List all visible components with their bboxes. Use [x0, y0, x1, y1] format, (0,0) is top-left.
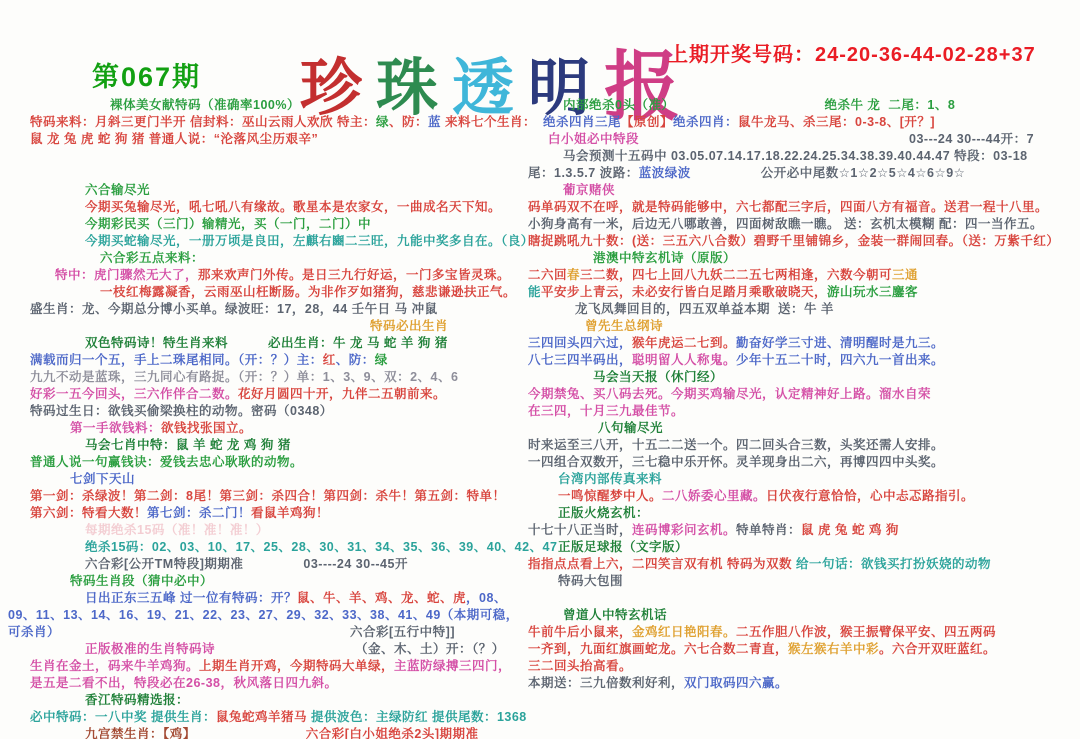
text-line: 九宫禁生肖：【鸡】六合彩[白小姐绝杀2头]期期准 — [8, 726, 528, 739]
text-segment: 绝杀四肖三尾 — [543, 115, 621, 129]
text-segment: 三二回头抬高看。 — [528, 659, 632, 673]
text-line: 在三四，十月三九最佳节。 — [528, 403, 1080, 420]
text-segment: 普通人说一句赢钱诀：爱钱去忠心耿耿的动物。 — [30, 455, 303, 469]
last-draw-numbers: 上期开奖号码：24-20-36-44-02-28+37 — [668, 38, 1036, 67]
text-segment: 裸体美女献特码（准确率100%） — [110, 98, 300, 112]
text-segment: 未必安行皆白足踏月乘歌破晓天， — [632, 285, 827, 299]
text-segment: 猴左猴右羊中彩 — [788, 642, 879, 656]
text-line: 马会七肖中特：鼠 羊 蛇 龙 鸡 狗 猪 — [8, 437, 528, 454]
text-line: 六合彩五点来料： — [8, 250, 528, 267]
text-segment: 那来欢声门外传。是日三九行好运，一门多宝皆灵珠。 — [198, 268, 510, 282]
text-segment: 一枝红梅露凝香，云雨巫山枉断肠。为非作歹如猪狗，慈悲谦逊扶正气。 — [100, 285, 516, 299]
text-line: 双色特码诗！特生肖来料必出生肖：牛 龙 马 蛇 羊 狗 猪 — [8, 335, 528, 352]
text-line: 一四组合双数开，三七稳中乐开怀。灵羊现身出二六，再博四四中头奖。 — [528, 454, 1080, 471]
text-segment: 鼠 龙 兔 虎 蛇 狗 猪 普通人说：“沦落风尘历艰辛” — [30, 132, 318, 146]
text-segment: 好彩一五今回头，三六作伴合二数。 — [30, 387, 238, 401]
text-segment: 八七三四半码出， — [528, 353, 632, 367]
text-line: 九九不动是蓝珠，三九同心有路捉。（开：？）单：1、3、9、双：2、4、6 — [8, 369, 528, 386]
text-segment: 特码生肖段（猜中必中） — [70, 574, 213, 588]
text-segment: 三二数，四七上回八九妖二二五七两相逢，六数今朝可 — [580, 268, 892, 282]
last-draw-value: 24-20-36-44-02-28+37 — [815, 44, 1036, 66]
text-line: 马会当天报（休门经） — [528, 369, 1080, 386]
text-segment: 鼠牛龙马、杀三尾：0-3-8、[开？] — [738, 115, 935, 129]
text-segment: 03----24 30--45开 — [303, 557, 408, 571]
text-segment: 今期禁兔、买八码去死。今期买鸡输尽光，认定精神好上路。溜水自荣 — [528, 387, 931, 401]
text-segment: 六合彩[白小姐绝杀2头]期期准 — [306, 727, 479, 739]
text-line: 七剑下天山 — [8, 471, 528, 488]
text-segment: 鼠兔蛇鸡羊猪马 — [216, 710, 307, 724]
text-segment: 来料七个生肖： — [441, 115, 536, 129]
text-segment: 是五是二看不出，特段必在26-38，秋风落日四九斜。 — [30, 676, 337, 690]
text-line: 鼠 龙 兔 虎 蛇 狗 猪 普通人说：“沦落风尘历艰辛” — [8, 131, 528, 148]
text-line: 09、11、13、14、16、19、21、22、23、27、29、32、33、3… — [8, 607, 528, 624]
text-line: 台湾内部传真来料 — [528, 471, 1080, 488]
text-segment: 白小姐必中特段 — [548, 132, 639, 146]
text-segment: 蓝波绿波 — [639, 166, 691, 180]
text-segment: 特单特肖： — [736, 523, 801, 537]
text-segment: 日出正东三五峰 过一位有特码：开？ — [85, 591, 297, 605]
text-segment: 今期彩民买（三门）输精光，买（一门，二门）中 — [85, 217, 371, 231]
text-line: 码单码双不在呼，就是特码能够中，六七都配三字后，四面八方有福音。送君一程十八里。 — [528, 199, 1080, 216]
text-segment: 红 — [323, 353, 336, 367]
text-segment: 二六回 — [528, 268, 567, 282]
text-segment: 公开必中尾数☆1☆2☆5☆4☆6☆9☆ — [761, 166, 966, 180]
text-segment: 台湾内部传真来料 — [558, 472, 662, 486]
text-line: 盛生肖：龙、今期总分博小买单。绿波旺：17，28，44 壬午日 马 冲鼠 — [8, 301, 528, 318]
text-line: 今期买兔输尽光，吼七吼八有缘故。歌星本是农家女，一曲成名天下知。 — [8, 199, 528, 216]
text-segment: 少年十五二十时，四六九一首出来。 — [736, 353, 944, 367]
text-line: 能平安步上青云，未必安行皆白足踏月乘歌破晓天，游山玩水三鏖客 — [528, 284, 1080, 301]
text-segment: 正版足球报（文字版） — [558, 540, 688, 554]
text-segment: 七剑下天山 — [70, 472, 135, 486]
text-line — [8, 148, 528, 165]
text-segment: 六合输尽光 — [85, 183, 150, 197]
text-line: 生肖在金土，码来牛羊鸡狗。上期生肖开鸡，今期特码大单绿，主蓝防绿搏三四门， — [8, 658, 528, 675]
text-segment: 【原创】 — [621, 115, 673, 129]
text-segment: 春 — [567, 268, 580, 282]
text-line: 特码生肖段（猜中必中） — [8, 573, 528, 590]
text-segment: 九宫禁生肖：【鸡】 — [85, 727, 196, 739]
text-segment: 一齐到，九面红旗画蛇龙。六七合数二青直， — [528, 642, 788, 656]
text-line: 曾先生总纲诗 — [528, 318, 1080, 335]
text-segment: 蓝 — [428, 115, 441, 129]
text-segment: 生肖在金土，码来牛羊鸡狗。 — [30, 659, 199, 673]
text-line: 小狗身高有一米，后边无八哪敢善，四面树敌瞧一瞧。 送：玄机太模糊 配：四一当作五… — [528, 216, 1080, 233]
text-segment: 能 — [528, 285, 541, 299]
text-line: 特中：虎门骤然无大了，那来欢声门外传。是日三九行好运，一门多宝皆灵珠。 — [8, 267, 528, 284]
text-line: 葡京赌侠 — [528, 182, 1080, 199]
text-segment: 猴年虎运二七到。 — [632, 336, 736, 350]
text-line: 第一手欲钱料：欲钱找张国立。 — [8, 420, 528, 437]
text-line: 六合彩[公开TM特段]期期准03----24 30--45开 — [8, 556, 528, 573]
text-segment: 正版极准的生肖特码诗 — [85, 642, 215, 656]
text-segment: 指指点点看上六，二四笑言双有机 特码为双数 — [528, 557, 796, 571]
text-segment: 上期生肖开鸡，今期特码大单绿， — [199, 659, 394, 673]
text-line: 白小姐必中特段03---24 30---44开：7 — [528, 131, 1080, 148]
text-segment: 鼠 虎 兔 蛇 鸡 狗 — [801, 523, 899, 537]
text-segment: 猴王振臂保平安、四五两码 — [840, 625, 996, 639]
text-line: 正版极准的生肖特码诗（金、木、土）开：（？） — [8, 641, 528, 658]
text-segment: 六合彩[五行中特]] — [350, 625, 455, 639]
text-segment: 特中：虎门骤然无大了， — [55, 268, 198, 282]
text-segment: 盛生肖：龙、今期总分博小买单。绿波旺：17，28，44 壬午日 马 冲鼠 — [30, 302, 438, 316]
text-segment: 马会当天报（休门经） — [593, 370, 723, 384]
text-segment: 满载而归一个五，手上二珠尾相同。（开：？）主： — [30, 353, 323, 367]
text-line: 一枝红梅露凝香，云雨巫山枉断肠。为非作歹如猪狗，慈悲谦逊扶正气。 — [8, 284, 528, 301]
text-segment: 特码来料：月斜三更门半开 信封料：巫山云雨人欢欣 特主： — [30, 115, 376, 129]
text-line: 十七十八正当时，连码博彩问玄机。特单特肖：鼠 虎 兔 蛇 鸡 狗 — [528, 522, 1080, 539]
text-segment: 特码必出生肖 — [370, 319, 448, 333]
text-line: 正版足球报（文字版） — [528, 539, 1080, 556]
text-segment: 第一剑：杀绿波！第二剑：8尾！第三剑：杀四合！第四剑：杀牛！第五剑：特单！ — [30, 489, 505, 503]
text-line: 三四回头四六过，猴年虎运二七到。勤奋好学三寸进、清明醒时是九三。 — [528, 335, 1080, 352]
text-segment: 必中特码：一八中奖 提供生肖： — [30, 710, 216, 724]
text-segment: 九九不动是蓝珠，三九同心有路捉。（开：？）单：1、3、9、双：2、4、6 — [30, 370, 458, 384]
text-segment: 花好月圆四十开，九伴二五朝前来。 — [238, 387, 446, 401]
right-column: 内部绝杀0头（准）绝杀牛 龙 二尾：1、8绝杀四肖三尾【原创】绝杀四肖：鼠牛龙马… — [528, 97, 1080, 692]
text-segment: 绝杀牛 龙 二尾：1、8 — [824, 98, 955, 112]
text-line: 瞎捉跳吼九十数：(送：三五六八合数）碧野千里铺锦乡，金装一群闹回春。（送：万紫千… — [528, 233, 1080, 250]
text-segment: 十七十八正当时， — [528, 523, 632, 537]
text-segment: 马会七肖中特：鼠 羊 蛇 龙 鸡 狗 猪 — [85, 438, 291, 452]
left-column: 裸体美女献特码（准确率100%）特码来料：月斜三更门半开 信封料：巫山云雨人欢欣… — [8, 97, 528, 739]
text-segment: 绝杀15码：02、03、10、17、25、28、30、31、34、35、36、3… — [85, 540, 557, 554]
text-segment: 聪明留人人称鬼。 — [632, 353, 736, 367]
text-segment: 09、11、13、14、16、19、21、22、23、27、29、32、33、3… — [8, 608, 519, 622]
page: { "colors": { "red": "#d8453e", "magenta… — [0, 0, 1080, 739]
text-line: 第一剑：杀绿波！第二剑：8尾！第三剑：杀四合！第四剑：杀牛！第五剑：特单！ — [8, 488, 528, 505]
text-segment: 鼠、牛、羊、鸡、龙、蛇、虎 — [297, 591, 466, 605]
text-line: 特码来料：月斜三更门半开 信封料：巫山云雨人欢欣 特主：绿、防：蓝 来料七个生肖… — [8, 114, 528, 131]
text-segment: 每期绝杀15码（准！准！准！） — [85, 523, 269, 537]
text-segment: 平安步上青云， — [541, 285, 632, 299]
text-segment: 香江特码精选报： — [85, 693, 189, 707]
text-segment: 尾：1.3.5.7 波路： — [528, 166, 639, 180]
text-segment: 、防： — [389, 115, 428, 129]
text-segment: 正版火烧玄机： — [558, 506, 649, 520]
text-segment: 特码过生日：欲钱买偷梁换柱的动物。密码（0348） — [30, 404, 333, 418]
text-line: 正版火烧玄机： — [528, 505, 1080, 522]
text-segment: 今期买蛇输尽光，一册万顷是良田，左麒右豳二三旺，九能中奖多自在。（良） — [85, 234, 534, 248]
text-line: 马会预测十五码中 03.05.07.14.17.18.22.24.25.34.3… — [528, 148, 1080, 165]
text-segment: 绿 — [376, 115, 389, 129]
text-segment: 可杀肖） — [8, 625, 60, 639]
text-segment: 六合彩五点来料： — [100, 251, 204, 265]
text-segment: 本期送：三九倍数利好利， — [528, 676, 684, 690]
text-segment: 一四组合双数开，三七稳中乐开怀。灵羊现身出二六，再博四四中头奖。 — [528, 455, 944, 469]
text-segment: 龙飞凤舞回目的，四五双单益本期 送：牛 羊 — [575, 302, 834, 316]
last-draw-label: 上期开奖号码： — [668, 44, 815, 66]
text-line: 特码大包围 — [528, 573, 1080, 590]
text-line: 一齐到，九面红旗画蛇龙。六七合数二青直，猴左猴右羊中彩。六合开双旺蓝红。 — [528, 641, 1080, 658]
text-segment: ，08、 — [466, 591, 507, 605]
text-line: 必中特码：一八中奖 提供生肖：鼠兔蛇鸡羊猪马 提供波色：主绿防红 提供尾数：13… — [8, 709, 528, 726]
text-segment: 今期买兔输尽光，吼七吼八有缘故。歌星本是农家女，一曲成名天下知。 — [85, 200, 501, 214]
text-segment: 三通 — [892, 268, 918, 282]
text-segment: 时来运至三八开，十五二二送一个。四二回头合三数，头奖还需人安排。 — [528, 438, 944, 452]
text-segment: 特码大包围 — [558, 574, 623, 588]
text-line: 内部绝杀0头（准）绝杀牛 龙 二尾：1、8 — [528, 97, 1080, 114]
text-segment: 在三四，十月三九最佳节。 — [528, 404, 684, 418]
text-line — [528, 590, 1080, 607]
text-segment: 主蓝防绿搏三四门， — [394, 659, 511, 673]
text-segment: 曾道人中特玄机话 — [563, 608, 667, 622]
text-line: 每期绝杀15码（准！准！准！） — [8, 522, 528, 539]
text-line: 满载而归一个五，手上二珠尾相同。（开：？）主：红、防：绿 — [8, 352, 528, 369]
text-line: 日出正东三五峰 过一位有特码：开？鼠、牛、羊、鸡、龙、蛇、虎，08、 — [8, 590, 528, 607]
text-line: 港澳中特玄机诗（原版） — [528, 250, 1080, 267]
text-line: 特码过生日：欲钱买偷梁换柱的动物。密码（0348） — [8, 403, 528, 420]
text-segment: 一鸣惊醒梦中人。 — [558, 489, 662, 503]
text-segment: 码单码双不在呼，就是特码能够中，六七都配三字后，四面八方有福音。送君一程十八里。 — [528, 200, 1048, 214]
text-line: 绝杀15码：02、03、10、17、25、28、30、31、34、35、36、3… — [8, 539, 528, 556]
text-line: 绝杀四肖三尾【原创】绝杀四肖：鼠牛龙马、杀三尾：0-3-8、[开？] — [528, 114, 1080, 131]
text-line: 今期彩民买（三门）输精光，买（一门，二门）中 — [8, 216, 528, 233]
text-line: 八七三四半码出，聪明留人人称鬼。少年十五二十时，四六九一首出来。 — [528, 352, 1080, 369]
text-line: 牛前牛后小鼠来，金鸡红日艳阳春。二五作胆八作波，猴王振臂保平安、四五两码 — [528, 624, 1080, 641]
issue-number: 第067期 — [92, 55, 201, 94]
text-line: 三二回头抬高看。 — [528, 658, 1080, 675]
text-segment: 马会预测十五码中 03.05.07.14.17.18.22.24.25.34.3… — [563, 149, 1028, 163]
text-segment: 瞎捉跳吼九十数：(送：三五六八合数）碧野千里铺锦乡，金装一群闹回春。（送：万紫千… — [528, 234, 1059, 248]
text-segment: 。六合开双旺蓝红。 — [879, 642, 996, 656]
text-segment: 牛前牛后小鼠来， — [528, 625, 632, 639]
text-segment: 绝杀四肖： — [673, 115, 738, 129]
text-segment: 葡京赌侠 — [563, 183, 615, 197]
text-line: 今期买蛇输尽光，一册万顷是良田，左麒右豳二三旺，九能中奖多自在。（良） — [8, 233, 528, 250]
text-line: 特码必出生肖 — [8, 318, 528, 335]
text-segment: 双门取码四六赢。 — [684, 676, 788, 690]
text-line: 第六剑：特看大数！第七剑：杀二门！看鼠羊鸡狗！ — [8, 505, 528, 522]
text-segment: 内部绝杀0头（准） — [563, 98, 674, 112]
text-line: 裸体美女献特码（准确率100%） — [8, 97, 528, 114]
text-line: 龙飞凤舞回目的，四五双单益本期 送：牛 羊 — [528, 301, 1080, 318]
text-line: 时来运至三八开，十五二二送一个。四二回头合三数，头奖还需人安排。 — [528, 437, 1080, 454]
text-segment: 、防： — [336, 353, 375, 367]
text-line: 二六回春三二数，四七上回八九妖二二五七两相逢，六数今朝可三通 — [528, 267, 1080, 284]
text-line: 八句输尽光 — [528, 420, 1080, 437]
text-line: 本期送：三九倍数利好利，双门取码四六赢。 — [528, 675, 1080, 692]
text-segment: 看鼠羊鸡狗！ — [251, 506, 329, 520]
text-segment: 曾先生总纲诗 — [585, 319, 663, 333]
text-segment: 第七剑：杀二门！ — [147, 506, 251, 520]
text-segment: 勤奋好学三寸进、清明醒时是九三。 — [736, 336, 944, 350]
text-segment: 三四回头四六过， — [528, 336, 632, 350]
text-segment: 连码博彩问玄机。 — [632, 523, 736, 537]
text-line: 是五是二看不出，特段必在26-38，秋风落日四九斜。 — [8, 675, 528, 692]
text-line: 今期禁兔、买八码去死。今期买鸡输尽光，认定精神好上路。溜水自荣 — [528, 386, 1080, 403]
text-line: 六合输尽光 — [8, 182, 528, 199]
text-line: 好彩一五今回头，三六作伴合二数。花好月圆四十开，九伴二五朝前来。 — [8, 386, 528, 403]
text-line: 可杀肖）六合彩[五行中特]] — [8, 624, 528, 641]
text-segment: 二八娇委心里藏。 — [662, 489, 766, 503]
text-segment: 港澳中特玄机诗（原版） — [593, 251, 736, 265]
text-segment: 欲钱找张国立。 — [161, 421, 252, 435]
text-line — [8, 165, 528, 182]
text-segment: 03---24 30---44开：7 — [909, 132, 1034, 146]
text-line: 指指点点看上六，二四笑言双有机 特码为双数 给一句话：欲钱买打扮妖娆的动物 — [528, 556, 1080, 573]
text-segment: 必出生肖：牛 龙 马 蛇 羊 狗 猪 — [268, 336, 448, 350]
text-segment: 绿 — [375, 353, 388, 367]
text-segment: 小狗身高有一米，后边无八哪敢善，四面树敌瞧一瞧。 送：玄机太模糊 配：四一当作五… — [528, 217, 1043, 231]
text-segment: 日伏夜行意恰恰，心中忐忑路指引。 — [766, 489, 974, 503]
text-segment: （金、木、土）开：（？） — [355, 642, 505, 656]
text-segment: 二五作胆八作波， — [736, 625, 840, 639]
text-segment: 金鸡红日艳阳春。 — [632, 625, 736, 639]
text-segment: 六合彩[公开TM特段]期期准 — [85, 557, 243, 571]
text-line: 香江特码精选报： — [8, 692, 528, 709]
text-segment: 第一手欲钱料： — [70, 421, 161, 435]
text-line: 尾：1.3.5.7 波路：蓝波绿波公开必中尾数☆1☆2☆5☆4☆6☆9☆ — [528, 165, 1080, 182]
text-segment: 提供波色：主绿防红 提供尾数：1368 — [307, 710, 527, 724]
text-segment: 给一句话：欲钱买打扮妖娆的动物 — [796, 557, 991, 571]
text-segment: 八句输尽光 — [598, 421, 663, 435]
text-line: 普通人说一句赢钱诀：爱钱去忠心耿耿的动物。 — [8, 454, 528, 471]
text-segment: 双色特码诗！特生肖来料 — [85, 336, 228, 350]
text-segment: 第六剑：特看大数！ — [30, 506, 147, 520]
text-segment: 游山玩水三鏖客 — [827, 285, 918, 299]
text-line: 曾道人中特玄机话 — [528, 607, 1080, 624]
text-line: 一鸣惊醒梦中人。二八娇委心里藏。日伏夜行意恰恰，心中忐忑路指引。 — [528, 488, 1080, 505]
